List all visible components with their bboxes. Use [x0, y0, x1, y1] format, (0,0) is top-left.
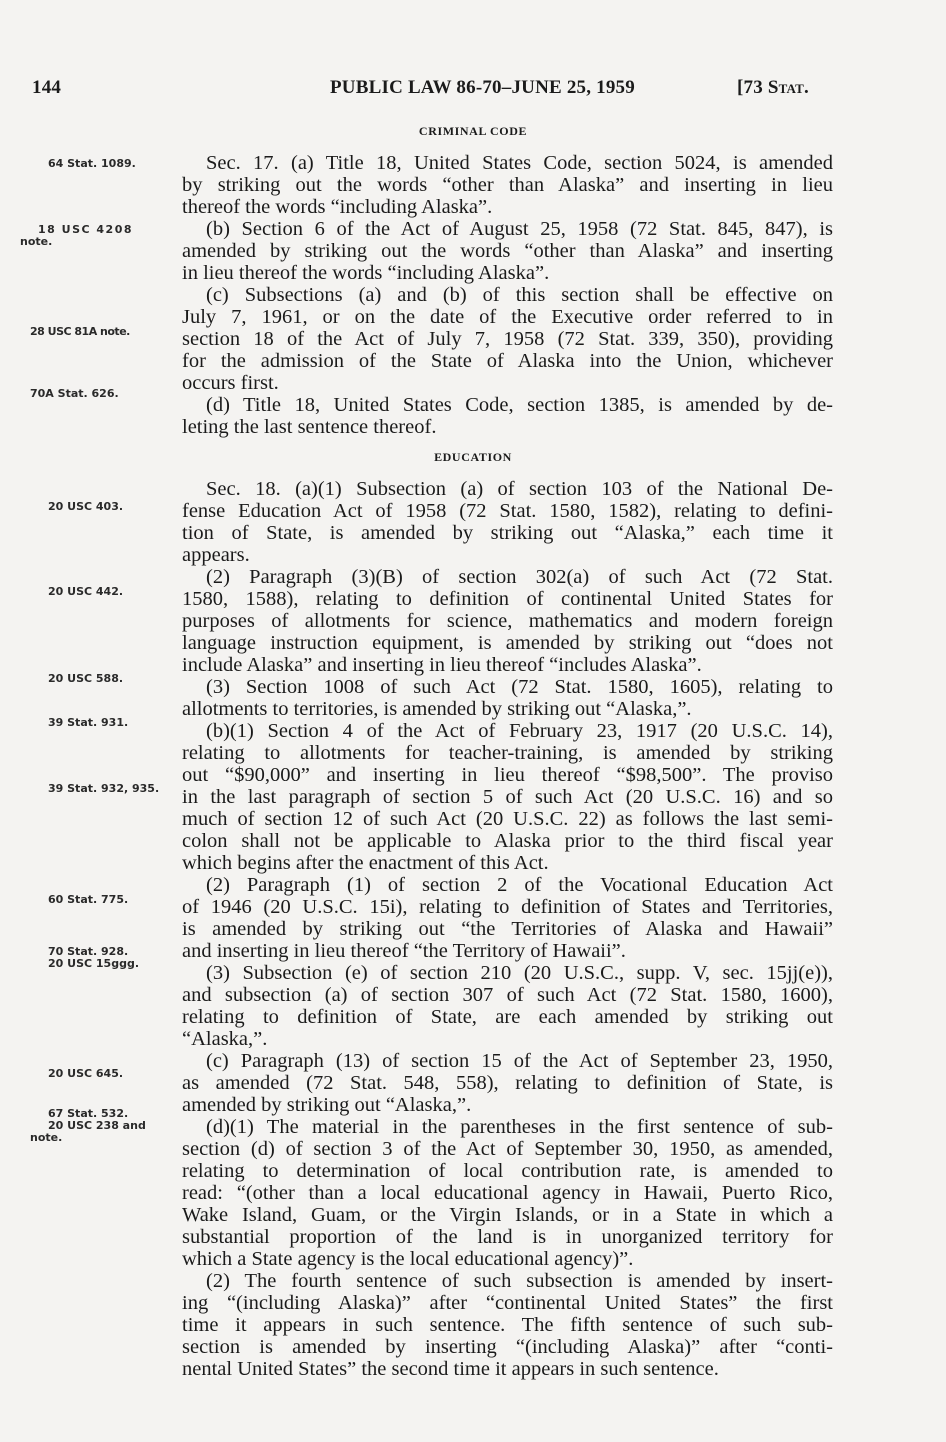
text-line: section (d) of section 3 of the Act of S… — [182, 1138, 833, 1160]
text-line: and inserting in lieu thereof “the Terri… — [182, 940, 833, 962]
text-line: for the admission of the State of Alaska… — [182, 350, 833, 372]
text-line: (d)(1) The material in the parentheses i… — [206, 1116, 833, 1138]
text-line: in lieu thereof the words “including Ala… — [182, 262, 833, 284]
text-line: tion of State, is amended by striking ou… — [182, 522, 833, 544]
text-line: (2) The fourth sentence of such subsecti… — [206, 1270, 833, 1292]
text-line: colon shall not be applicable to Alaska … — [182, 830, 833, 852]
text-line: relating to definition of State, are eac… — [182, 1006, 833, 1028]
text-line: nental United States” the second time it… — [182, 1358, 833, 1380]
text-line: amended by striking out “Alaska,”. — [182, 1094, 833, 1116]
text-line: and subsection (a) of section 307 of suc… — [182, 984, 833, 1006]
text-line: occurs first. — [182, 372, 833, 394]
text-line: amended by striking out the words “other… — [182, 240, 833, 262]
text-line: Wake Island, Guam, or the Virgin Islands… — [182, 1204, 833, 1226]
text-line: relating to determination of local contr… — [182, 1160, 833, 1182]
section-heading-criminal-code: CRIMINAL CODE — [0, 124, 946, 139]
margin-note: 60 Stat. 775. — [48, 893, 128, 906]
text-line: which begins after the enactment of this… — [182, 852, 833, 874]
text-line: “Alaska,”. — [182, 1028, 833, 1050]
text-line: much of section 12 of such Act (20 U.S.C… — [182, 808, 833, 830]
text-line: section 18 of the Act of July 7, 1958 (7… — [182, 328, 833, 350]
text-line: in the last paragraph of section 5 of su… — [182, 786, 833, 808]
text-line: thereof the words “including Alaska”. — [182, 196, 833, 218]
text-line: time it appears in such sentence. The fi… — [182, 1314, 833, 1336]
margin-note: 39 Stat. 932, 935. — [48, 782, 159, 795]
text-line: by striking out the words “other than Al… — [182, 174, 833, 196]
margin-note: 64 Stat. 1089. — [48, 157, 136, 170]
margin-note: 20 USC 645. — [48, 1067, 123, 1080]
margin-note: 28 USC 81A note. — [30, 325, 130, 338]
margin-note: 70A Stat. 626. — [30, 387, 119, 400]
text-line: Sec. 17. (a) Title 18, United States Cod… — [206, 152, 833, 174]
text-line: appears. — [182, 544, 833, 566]
text-line: section is amended by inserting “(includ… — [182, 1336, 833, 1358]
text-line: ing “(including Alaska)” after “continen… — [182, 1292, 833, 1314]
text-line: include Alaska” and inserting in lieu th… — [182, 654, 833, 676]
text-line: which a State agency is the local educat… — [182, 1248, 833, 1270]
text-line: language instruction equipment, is amend… — [182, 632, 833, 654]
section-heading-education: EDUCATION — [0, 450, 946, 465]
text-line: (d) Title 18, United States Code, sectio… — [206, 394, 833, 416]
margin-note: note. — [20, 235, 52, 248]
text-line: (c) Paragraph (13) of section 15 of the … — [206, 1050, 833, 1072]
margin-note: 20 USC 588. — [48, 672, 123, 685]
text-line: allotments to territories, is amended by… — [182, 698, 833, 720]
text-line: purposes of allotments for science, math… — [182, 610, 833, 632]
text-line: leting the last sentence thereof. — [182, 416, 833, 438]
text-line: as amended (72 Stat. 548, 558), relating… — [182, 1072, 833, 1094]
text-line: (b)(1) Section 4 of the Act of February … — [206, 720, 833, 742]
margin-note: 20 USC 238 and — [48, 1119, 146, 1132]
text-line: (3) Subsection (e) of section 210 (20 U.… — [206, 962, 833, 984]
text-line: 1580, 1588), relating to definition of c… — [182, 588, 833, 610]
margin-note: note. — [30, 1131, 62, 1144]
margin-note: 20 USC 403. — [48, 500, 123, 513]
document-page: 144 PUBLIC LAW 86-70–JUNE 25, 1959 [73 S… — [0, 0, 946, 1442]
statute-reference: [73 Stat. — [737, 77, 809, 99]
text-line: fense Education Act of 1958 (72 Stat. 15… — [182, 500, 833, 522]
text-line: relating to allotments for teacher-train… — [182, 742, 833, 764]
margin-note: 39 Stat. 931. — [48, 716, 128, 729]
text-line: (c) Subsections (a) and (b) of this sect… — [206, 284, 833, 306]
text-line: read: “(other than a local educational a… — [182, 1182, 833, 1204]
page-header-title: PUBLIC LAW 86-70–JUNE 25, 1959 — [330, 77, 635, 99]
text-line: (3) Section 1008 of such Act (72 Stat. 1… — [206, 676, 833, 698]
page-number: 144 — [32, 77, 61, 99]
text-line: is amended by striking out “the Territor… — [182, 918, 833, 940]
text-line: (2) Paragraph (1) of section 2 of the Vo… — [206, 874, 833, 896]
text-line: out “$90,000” and inserting in lieu ther… — [182, 764, 833, 786]
margin-note: 20 USC 442. — [48, 585, 123, 598]
text-line: July 7, 1961, or on the date of the Exec… — [182, 306, 833, 328]
text-line: (2) Paragraph (3)(B) of section 302(a) o… — [206, 566, 833, 588]
text-line: (b) Section 6 of the Act of August 25, 1… — [206, 218, 833, 240]
text-line: Sec. 18. (a)(1) Subsection (a) of sectio… — [206, 478, 833, 500]
text-line: of 1946 (20 U.S.C. 15i), relating to def… — [182, 896, 833, 918]
margin-note: 20 USC 15ggg. — [48, 957, 139, 970]
text-line: substantial proportion of the land is in… — [182, 1226, 833, 1248]
